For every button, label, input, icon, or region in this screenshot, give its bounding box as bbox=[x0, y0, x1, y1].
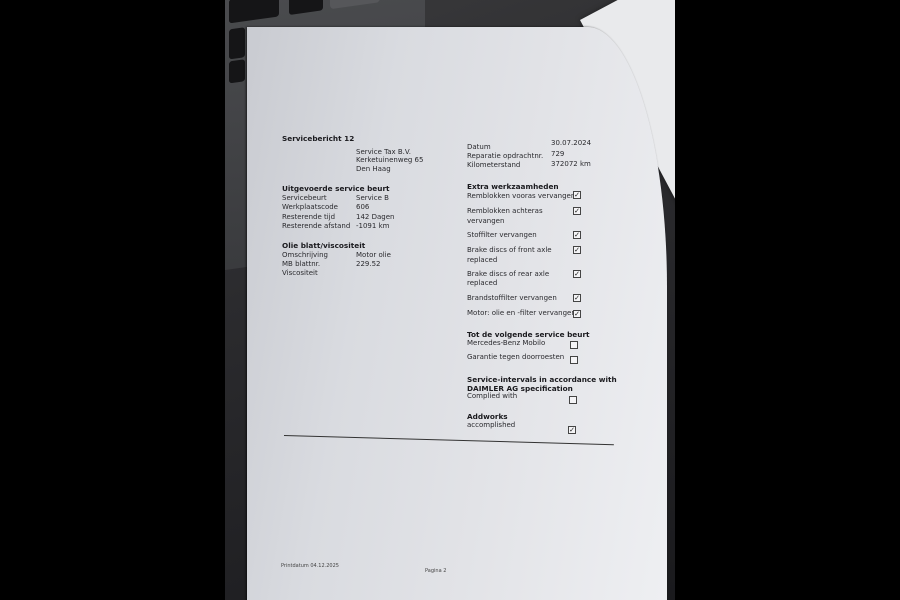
extra-work-checkbox[interactable] bbox=[573, 246, 581, 254]
date-value: 30.07.2024 bbox=[551, 139, 591, 148]
extra-work-checkbox[interactable] bbox=[573, 207, 581, 215]
keyboard-key bbox=[289, 0, 323, 15]
laptop-trackpad bbox=[330, 0, 380, 9]
oil-row-value: Motor olie bbox=[356, 251, 391, 260]
service-row-value: -1091 km bbox=[356, 222, 389, 231]
next-service-heading: Tot de volgende service beurt bbox=[467, 330, 590, 339]
keyboard-key bbox=[229, 0, 279, 23]
keyboard-key bbox=[229, 59, 245, 83]
order-number-value: 729 bbox=[551, 150, 564, 159]
extra-work-checkbox[interactable] bbox=[573, 191, 581, 199]
extra-work-item-cont: vervangen bbox=[467, 217, 504, 226]
oil-row-label: Viscositeit bbox=[282, 269, 318, 278]
document-photo: Servicebericht 1 Uit Servicebericht 12 S… bbox=[225, 0, 675, 600]
extra-work-item: Motor: olie en -filter vervangen bbox=[467, 309, 576, 318]
service-row-label: Servicebeurt bbox=[282, 194, 327, 203]
addworks-checkbox[interactable] bbox=[568, 426, 576, 434]
service-row-value: 142 Dagen bbox=[356, 213, 394, 222]
interval-heading: Service-intervals in accordance with bbox=[467, 375, 617, 384]
extra-work-checkbox[interactable] bbox=[573, 270, 581, 278]
extra-work-item: Brake discs of rear axle bbox=[467, 270, 549, 279]
oil-row-label: Omschrijving bbox=[282, 251, 328, 260]
interval-checkbox[interactable] bbox=[569, 396, 577, 404]
black-border-right bbox=[675, 0, 900, 600]
extra-work-checkbox[interactable] bbox=[573, 310, 581, 318]
extra-work-checkbox[interactable] bbox=[573, 294, 581, 302]
addworks-item: accomplished bbox=[467, 421, 515, 430]
keyboard-key bbox=[229, 27, 245, 59]
order-number-label: Reparatie opdrachtnr. bbox=[467, 152, 543, 161]
extra-work-heading: Extra werkzaamheden bbox=[467, 182, 559, 191]
next-service-checkbox[interactable] bbox=[570, 356, 578, 364]
extra-work-item-cont: replaced bbox=[467, 279, 497, 288]
service-row-value: Service B bbox=[356, 194, 389, 203]
service-row-label: Resterende tijd bbox=[282, 213, 335, 222]
addworks-heading: Addworks bbox=[467, 412, 508, 421]
section-divider bbox=[284, 435, 614, 445]
next-service-checkbox[interactable] bbox=[570, 341, 578, 349]
next-service-item: Garantie tegen doorroesten bbox=[467, 353, 564, 362]
service-report-sheet: Servicebericht 12 Service Tax B.V. Kerke… bbox=[247, 27, 667, 600]
service-heading: Uitgevoerde service beurt bbox=[282, 184, 390, 193]
oil-heading: Olie blatt/viscositeit bbox=[282, 241, 365, 250]
extra-work-item: Brandstoffilter vervangen bbox=[467, 294, 557, 303]
oil-row-value: 229.52 bbox=[356, 260, 381, 269]
extra-work-item: Stoffilter vervangen bbox=[467, 231, 537, 240]
black-border-left bbox=[0, 0, 225, 600]
service-row-value: 606 bbox=[356, 203, 369, 212]
mileage-label: Kilometerstand bbox=[467, 161, 520, 170]
dealer-street: Kerketuinenweg 65 bbox=[356, 156, 423, 165]
oil-row-label: MB blattnr. bbox=[282, 260, 320, 269]
service-row-label: Werkplaatscode bbox=[282, 203, 338, 212]
interval-item: Complied with bbox=[467, 392, 517, 401]
extra-work-item: Remblokken vooras vervangen bbox=[467, 192, 575, 201]
page-number: Pagina 2 bbox=[425, 567, 446, 576]
report-title: Servicebericht 12 bbox=[282, 134, 354, 143]
print-date: Printdatum 04.12.2025 bbox=[281, 562, 339, 571]
extra-work-item: Brake discs of front axle bbox=[467, 246, 552, 255]
next-service-item: Mercedes-Benz Mobilo bbox=[467, 339, 545, 348]
extra-work-item-cont: replaced bbox=[467, 256, 497, 265]
date-label: Datum bbox=[467, 143, 491, 152]
service-row-label: Resterende afstand bbox=[282, 222, 350, 231]
mileage-value: 372072 km bbox=[551, 160, 591, 169]
dealer-city: Den Haag bbox=[356, 165, 391, 174]
extra-work-checkbox[interactable] bbox=[573, 231, 581, 239]
extra-work-item: Remblokken achteras bbox=[467, 207, 543, 216]
